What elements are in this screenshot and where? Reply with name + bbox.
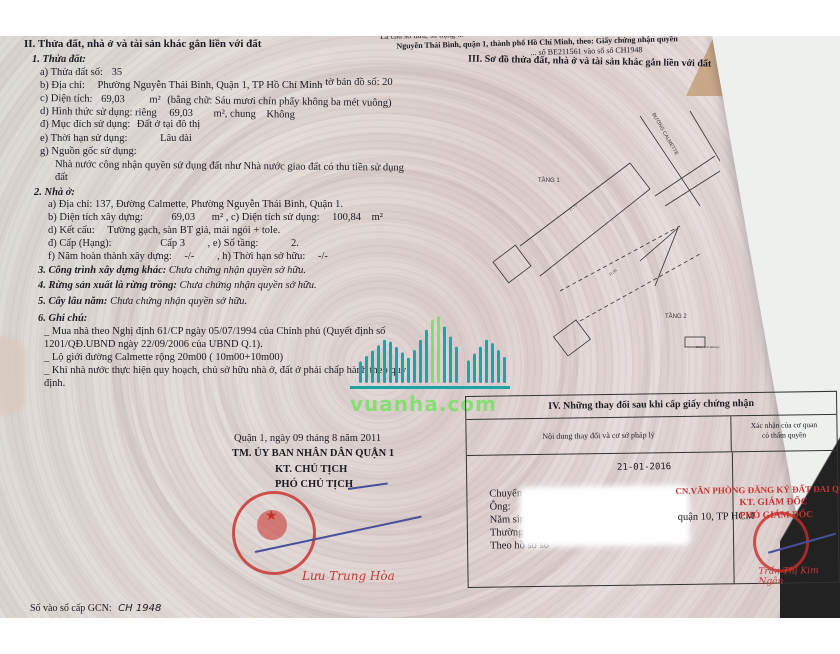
term-row: e) Thời hạn sử dụng: Lâu dài xyxy=(40,132,192,145)
ownership-term: -/- xyxy=(318,251,328,262)
land-address: Phường Nguyễn Thái Bình, Quận 1, TP Hồ C… xyxy=(98,80,323,91)
table-body: 21-01-2016 Chuyển Ông: Năm sinh Thường t… xyxy=(467,451,839,588)
signer-role1: KT. CHỦ TỊCH xyxy=(275,463,347,476)
note-line: _ Lộ giới đường Calmette rộng 20m00 ( 10… xyxy=(44,351,283,364)
label: 5. Cây lâu năm: xyxy=(38,296,107,307)
value: Chưa chứng nhận quyền sở hữu. xyxy=(180,280,317,291)
forest-row: 4. Rừng sản xuất là rừng trồng: Chưa chứ… xyxy=(38,279,317,292)
label: , tờ bản đồ số: xyxy=(320,77,380,88)
completed-row: f) Năm hoàn thành xây dựng: -/- , h) Thờ… xyxy=(48,250,328,263)
notes-heading: 6. Ghi chú: xyxy=(38,312,87,325)
dim-label: 17,70 xyxy=(568,202,579,212)
section-2-title: II. Thửa đất, nhà ở và tài sản khác gắn … xyxy=(24,38,261,51)
completed-year: -/- xyxy=(184,251,194,262)
office-name: CN.VĂN PHÒNG ĐĂNG KÝ ĐẤT ĐAI QUẬN 1 xyxy=(675,482,840,498)
label: 3. Công trình xây dựng khác: xyxy=(38,265,166,276)
map-sheet: 20 xyxy=(382,77,393,88)
change-date: 21-01-2016 xyxy=(617,461,671,475)
note-line: 1201/QĐ.UBND ngày 22/09/2006 của UBND Q.… xyxy=(44,338,263,351)
logo-bars xyxy=(359,316,506,383)
house-address: 137, Đường Calmette, Phường Nguyễn Thái … xyxy=(95,199,343,210)
origin-line2: đất xyxy=(55,171,68,184)
structure: Tường gạch, sàn BT giả, mái ngói + tole. xyxy=(107,225,280,236)
label: c) Diện tích: xyxy=(40,93,93,105)
grade-row: đ) Cấp (Hạng): Cấp 3 , e) Số tầng: 2. xyxy=(48,237,299,250)
label: Số vào sổ cấp GCN: xyxy=(30,603,112,614)
legend-label: Diện tích không công nhận xyxy=(696,345,720,349)
purpose: Đất ở tại đô thị xyxy=(137,119,200,130)
registry-row: Số vào sổ cấp GCN: CH 1948 xyxy=(30,602,161,615)
value: Chưa chứng nhận quyền sở hữu. xyxy=(110,296,247,307)
dim-label: 11,56 xyxy=(608,267,619,277)
label: a) Thửa đất số: xyxy=(40,67,103,78)
unit: m² xyxy=(372,212,383,223)
build-area: 69,03 xyxy=(172,212,196,223)
term: Lâu dài xyxy=(160,133,192,144)
label: f) Năm hoàn thành xây dựng: xyxy=(48,251,172,262)
label: d) Hình thức sử dụng: riêng xyxy=(40,106,157,119)
floor1-label: TẦNG 1 xyxy=(538,177,560,184)
label: b) Diện tích xây dựng: xyxy=(48,212,143,223)
table-header-row: Nội dung thay đổi và cơ sở pháp lý Xác n… xyxy=(466,415,836,456)
value: Chưa chứng nhận quyền sở hữu. xyxy=(169,265,306,276)
structure-row: d) Kết cấu: Tường gạch, sàn BT giả, mái … xyxy=(48,224,280,237)
office-role1: KT. GIÁM ĐỐC xyxy=(739,496,807,510)
unit: m² xyxy=(149,95,160,106)
note-line: định. xyxy=(44,377,65,390)
changes-table: IV. Những thay đổi sau khi cấp giấy chứn… xyxy=(465,391,840,588)
label: b) Địa chỉ: xyxy=(40,80,85,91)
floors: 2. xyxy=(291,238,299,249)
label: , h) Thời hạn sở hữu: xyxy=(217,251,305,262)
parcel-no: 35 xyxy=(112,67,123,78)
label: đ) Mục đích sử dụng: xyxy=(40,119,130,130)
label: m², chung xyxy=(213,108,255,120)
floor2-label: TẦNG 2 xyxy=(665,313,687,320)
office-signer-name: Trần Thị Kim Ngân xyxy=(758,566,838,587)
signer-name: Lưu Trung Hòa xyxy=(302,569,395,583)
issue-date: Quận 1, ngày 09 tháng 8 năm 2011 xyxy=(234,432,381,445)
red-seal-stamp: ★ xyxy=(232,491,316,575)
land-heading: 1. Thửa đất: xyxy=(32,53,86,66)
change-row: Chuyển xyxy=(489,487,522,500)
issuing-org: TM. ỦY BAN NHÂN DÂN QUẬN 1 xyxy=(232,447,394,460)
column-content: Nội dung thay đổi và cơ sở pháp lý xyxy=(466,416,731,455)
house-area-row: b) Diện tích xây dựng: 69,03 m² , c) Diệ… xyxy=(48,211,383,224)
other-construction-row: 3. Công trình xây dựng khác: Chưa chứng … xyxy=(38,264,306,277)
label: e) Thời hạn sử dụng: xyxy=(40,133,127,144)
floor-area: 100,84 xyxy=(332,212,361,223)
label: m² , c) Diện tích sử dụng: xyxy=(212,212,320,223)
column-confirmation: Xác nhận của cơ quan có thẩm quyền xyxy=(731,415,836,451)
label: đ) Cấp (Hạng): xyxy=(48,238,112,249)
star-icon: ★ xyxy=(265,508,278,525)
redaction xyxy=(519,485,690,547)
label: có thẩm quyền xyxy=(732,430,837,441)
parcel-no-row: a) Thửa đất số: 35 xyxy=(40,66,122,79)
grade: Cấp 3 xyxy=(160,238,185,249)
house-address-row: a) Địa chỉ: 137, Đường Calmette, Phường … xyxy=(48,198,343,211)
land-area: 69,03 xyxy=(101,94,125,105)
label: 4. Rừng sản xuất là rừng trồng: xyxy=(38,280,177,291)
usage-shared: Không xyxy=(266,109,295,120)
label: a) Địa chỉ: xyxy=(48,199,92,210)
label: , e) Số tầng: xyxy=(208,238,259,249)
signer-role2: PHÓ CHỦ TỊCH xyxy=(275,478,353,491)
address-row: b) Địa chỉ: Phường Nguyễn Thái Bình, Quậ… xyxy=(40,79,322,92)
certificate-photo: Là chủ sở hữu, sử dụng ... Nguyễn Thái B… xyxy=(0,36,840,618)
map-sheet-row: , tờ bản đồ số: 20 xyxy=(320,76,393,89)
note-line: _ Mua nhà theo Nghị định 61/CP ngày 05/0… xyxy=(44,325,385,338)
origin-label: g) Nguồn gốc sử dụng: xyxy=(40,145,137,158)
change-row: Ông: xyxy=(489,500,510,513)
finger xyxy=(0,336,26,416)
perennial-row: 5. Cây lâu năm: Chưa chứng nhận quyền sở… xyxy=(38,295,247,308)
label: d) Kết cấu: xyxy=(48,225,95,236)
registry-number: CH 1948 xyxy=(118,603,161,614)
street-label: ĐƯỜNG CALMETTE xyxy=(650,112,680,157)
purpose-row: đ) Mục đích sử dụng: Đất ở tại đô thị xyxy=(40,118,200,131)
